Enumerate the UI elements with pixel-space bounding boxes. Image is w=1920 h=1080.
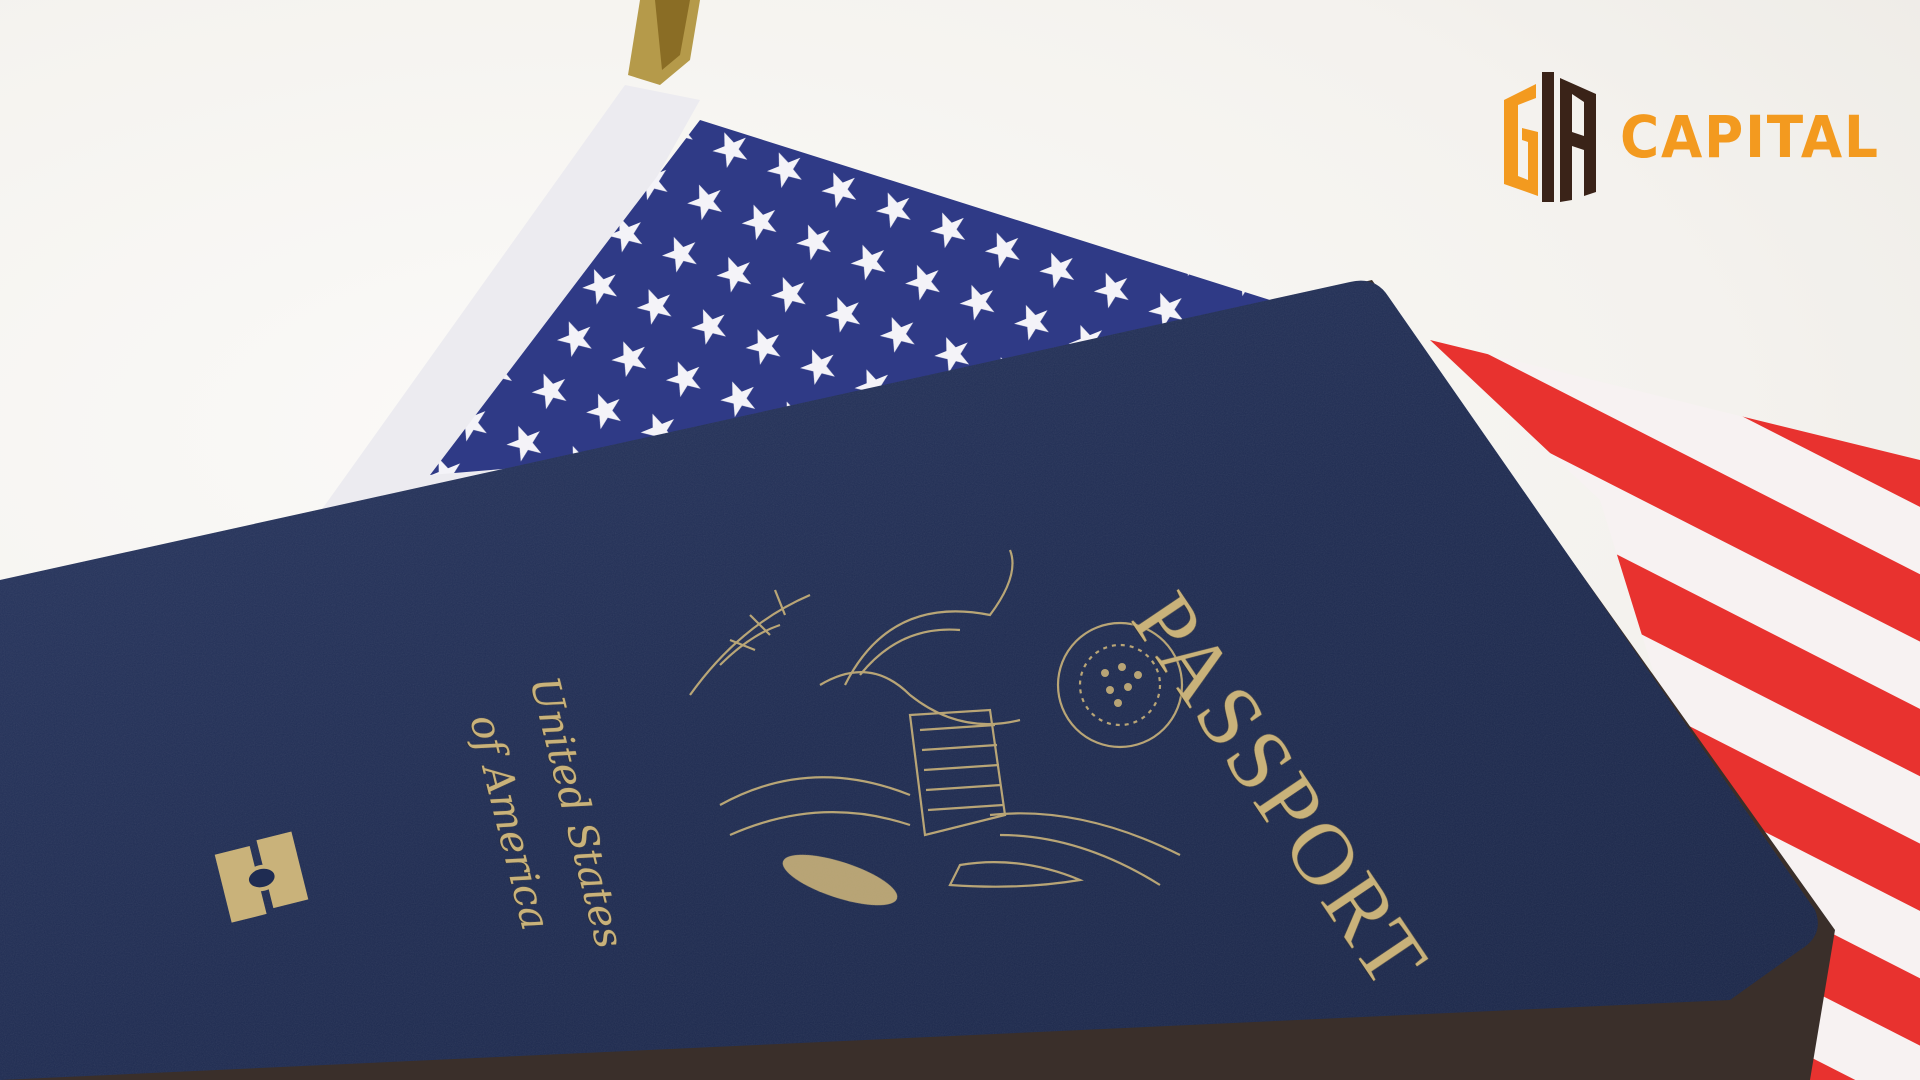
ga-monogram-icon xyxy=(1498,72,1602,202)
photo-scene: PASSPORT United States of America CAPITA… xyxy=(0,0,1920,1080)
brand-logo: CAPITAL xyxy=(1498,72,1902,202)
flag-pole-finial xyxy=(628,0,700,85)
great-seal-eagle-icon xyxy=(660,535,1200,920)
brand-name: CAPITAL xyxy=(1620,103,1880,171)
biometric-chip-icon xyxy=(212,828,312,930)
